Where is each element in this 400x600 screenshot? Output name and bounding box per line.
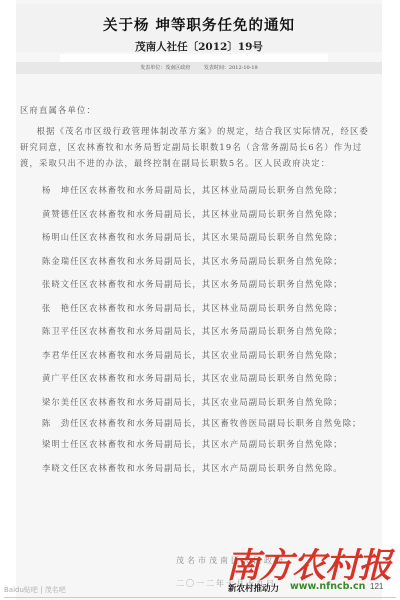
bottom-rule	[4, 597, 396, 598]
divider	[60, 54, 328, 62]
watermark-site-suffix: 121	[370, 582, 383, 591]
publisher-info: 发表单位：茂南区政府	[140, 65, 190, 71]
decision-item: 梁明士任区农林畜牧和水务局副局长，其区水产局副局长职务自然免除；	[20, 433, 378, 457]
document-header: 关于杨 坤等职务任免的通知 茂南人社任〔2012〕19号	[16, 4, 382, 52]
document-page: 关于杨 坤等职务任免的通知 茂南人社任〔2012〕19号 发表单位：茂南区政府 …	[16, 0, 382, 600]
publisher-label: 发表单位：	[140, 65, 165, 71]
source-watermark: Baidu贴吧 | 茂名吧	[4, 585, 66, 595]
decision-item: 黄赞德任区农林畜牧和水务局副局长，其区林业局副局长职务自然免除；	[20, 203, 378, 227]
publish-meta-bar: 发表单位：茂南区政府 发表时间：2012-10-19	[16, 62, 382, 74]
decision-list: 杨 坤任区农林畜牧和水务局副局长，其区林业局副局长职务自然免除； 黄赞德任区农林…	[20, 179, 378, 480]
document-body: 区府直属各单位： 根据《茂名市区级行政管理体制改革方案》的规定，结合我区实际情况…	[20, 103, 378, 480]
decision-item: 黄广平任区农林畜牧和水务局副局长，其区农业局副局长职务自然免除；	[20, 367, 378, 391]
publish-time-info: 发表时间：2012-10-19	[204, 65, 258, 71]
document-title: 关于杨 坤等职务任免的通知	[16, 14, 382, 35]
publish-time-value: 2012-10-19	[229, 65, 258, 71]
decision-item: 杨 坤任区农林畜牧和水务局副局长，其区林业局副局长职务自然免除；	[20, 179, 378, 203]
watermark-slogan: 新农村推动力	[228, 582, 279, 594]
decision-item: 杨明山任区农林畜牧和水务局副局长，其区水果局副局长职务自然免除；	[20, 226, 378, 250]
watermark-website: www.nfncb.cn	[290, 581, 365, 592]
salutation: 区府直属各单位：	[20, 103, 378, 117]
decision-item: 李君华任区农林畜牧和水务局副局长，其区农业局副局长职务自然免除；	[20, 344, 378, 368]
publish-time-label: 发表时间：	[204, 65, 229, 71]
newspaper-watermark-logo: 南方农村报	[226, 538, 391, 587]
decision-item: 李晓文任区农林畜牧和水务局副局长，其区水产局副局长职务自然免除。	[20, 457, 378, 481]
intro-paragraph: 根据《茂名市区级行政管理体制改革方案》的规定，结合我区实际情况，经区委研究同意，…	[20, 123, 378, 171]
decision-item: 陈卫平任区农林畜牧和水务局副局长，其区水务局副局长职务自然免除；	[20, 320, 378, 344]
decision-item: 张晓文任区农林畜牧和水务局副局长，其区水务局副局长职务自然免除；	[20, 273, 378, 297]
decision-item: 陈金瑞任区农林畜牧和水务局副局长，其区水务局副局长职务自然免除；	[20, 250, 378, 274]
decision-item: 陈 劲任区农林畜牧和水务局副局长，其区畜牧兽医局副局长职务自然免除；	[20, 414, 378, 433]
publisher-value: 茂南区政府	[165, 65, 190, 71]
document-number: 茂南人社任〔2012〕19号	[16, 39, 382, 54]
decision-item: 张 艳任区农林畜牧和水务局副局长，其区林业局副局长职务自然免除；	[20, 297, 378, 321]
decision-item: 梁尔美任区农林畜牧和水务局副局长，其区农业局副局长职务自然免除；	[20, 391, 378, 415]
